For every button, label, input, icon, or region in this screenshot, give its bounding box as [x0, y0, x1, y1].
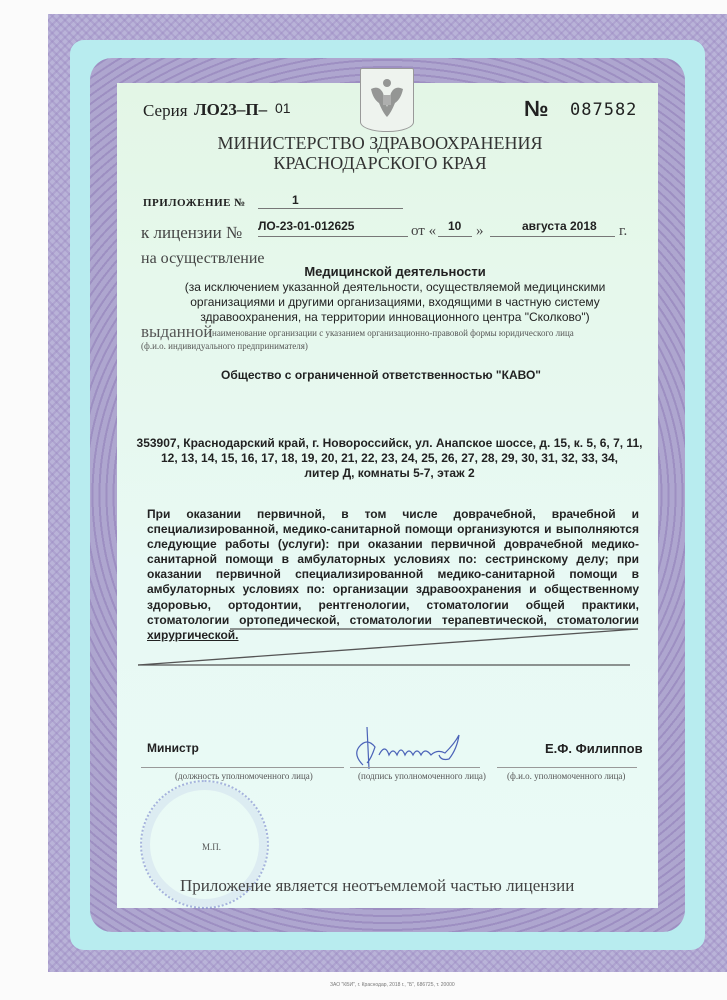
activity-note-line-1: (за исключением указанной деятельности, … [0, 280, 727, 294]
license-form-number: 087582 [570, 100, 637, 120]
issued-hint-line-1: (наименование организации с указанием ор… [209, 328, 574, 338]
blank-space-strike-lines [130, 620, 650, 670]
coat-of-arms-emblem [360, 68, 414, 132]
address-line-1: 353907, Краснодарский край, г. Новоросси… [0, 436, 727, 450]
appendix-number-underline [258, 208, 403, 209]
signer-position-underline [141, 767, 344, 768]
activity-title: Медицинской деятельности [0, 264, 727, 279]
date-suffix: г. [619, 223, 627, 240]
series-value: ЛО23–П– [194, 100, 267, 120]
printer-imprint: ЗАО "КБИ", г. Краснодар, 2018 г., "Б", 6… [330, 982, 455, 988]
issued-hint-line-2: (ф.и.о. индивидуального предпринимателя) [141, 341, 308, 351]
issued-label: выданной [141, 322, 212, 342]
series-suffix: 01 [275, 100, 291, 116]
footer-note: Приложение является неотъемлемой частью … [180, 876, 574, 896]
signature-caption: (подпись уполномоченного лица) [358, 771, 486, 781]
organization-name: Общество с ограниченной ответственностью… [0, 368, 727, 382]
license-number: ЛО-23-01-012625 [258, 219, 354, 233]
issuer-line-1: МИНИСТЕРСТВО ЗДРАВООХРАНЕНИЯ [0, 133, 727, 154]
date-month-year: августа 2018 [522, 219, 597, 233]
signer-name-caption: (ф.и.о. уполномоченного лица) [507, 771, 625, 781]
signer-name-underline [497, 767, 637, 768]
date-month-underline [490, 236, 615, 237]
date-from-label: от « [411, 223, 436, 240]
date-day: 10 [448, 219, 461, 233]
address-line-3: литер Д, комнаты 5-7, этаж 2 [0, 466, 727, 480]
date-close-quote: » [476, 223, 484, 240]
signature-underline [350, 767, 480, 768]
issuer-line-2: КРАСНОДАРСКОГО КРАЯ [0, 153, 727, 174]
signature-image [345, 725, 475, 770]
signer-name: Е.Ф. Филиппов [545, 741, 643, 756]
activity-note-line-3: здравоохранения, на территории инновацио… [0, 310, 727, 324]
series-label: Серия [143, 101, 188, 121]
appendix-number: 1 [292, 193, 299, 207]
services-text: При оказании первичной, в том числе довр… [147, 507, 639, 627]
number-label: № [524, 96, 549, 122]
address-line-2: 12, 13, 14, 15, 16, 17, 18, 19, 20, 21, … [0, 451, 727, 465]
license-label: к лицензии № [141, 223, 242, 243]
stamp-place-label: М.П. [202, 842, 221, 852]
date-day-underline [438, 236, 472, 237]
signer-position: Министр [147, 741, 199, 755]
license-number-underline [258, 236, 408, 237]
appendix-label: ПРИЛОЖЕНИЕ № [143, 197, 246, 209]
activity-note-line-2: организациями и другими организациями, в… [0, 295, 727, 309]
